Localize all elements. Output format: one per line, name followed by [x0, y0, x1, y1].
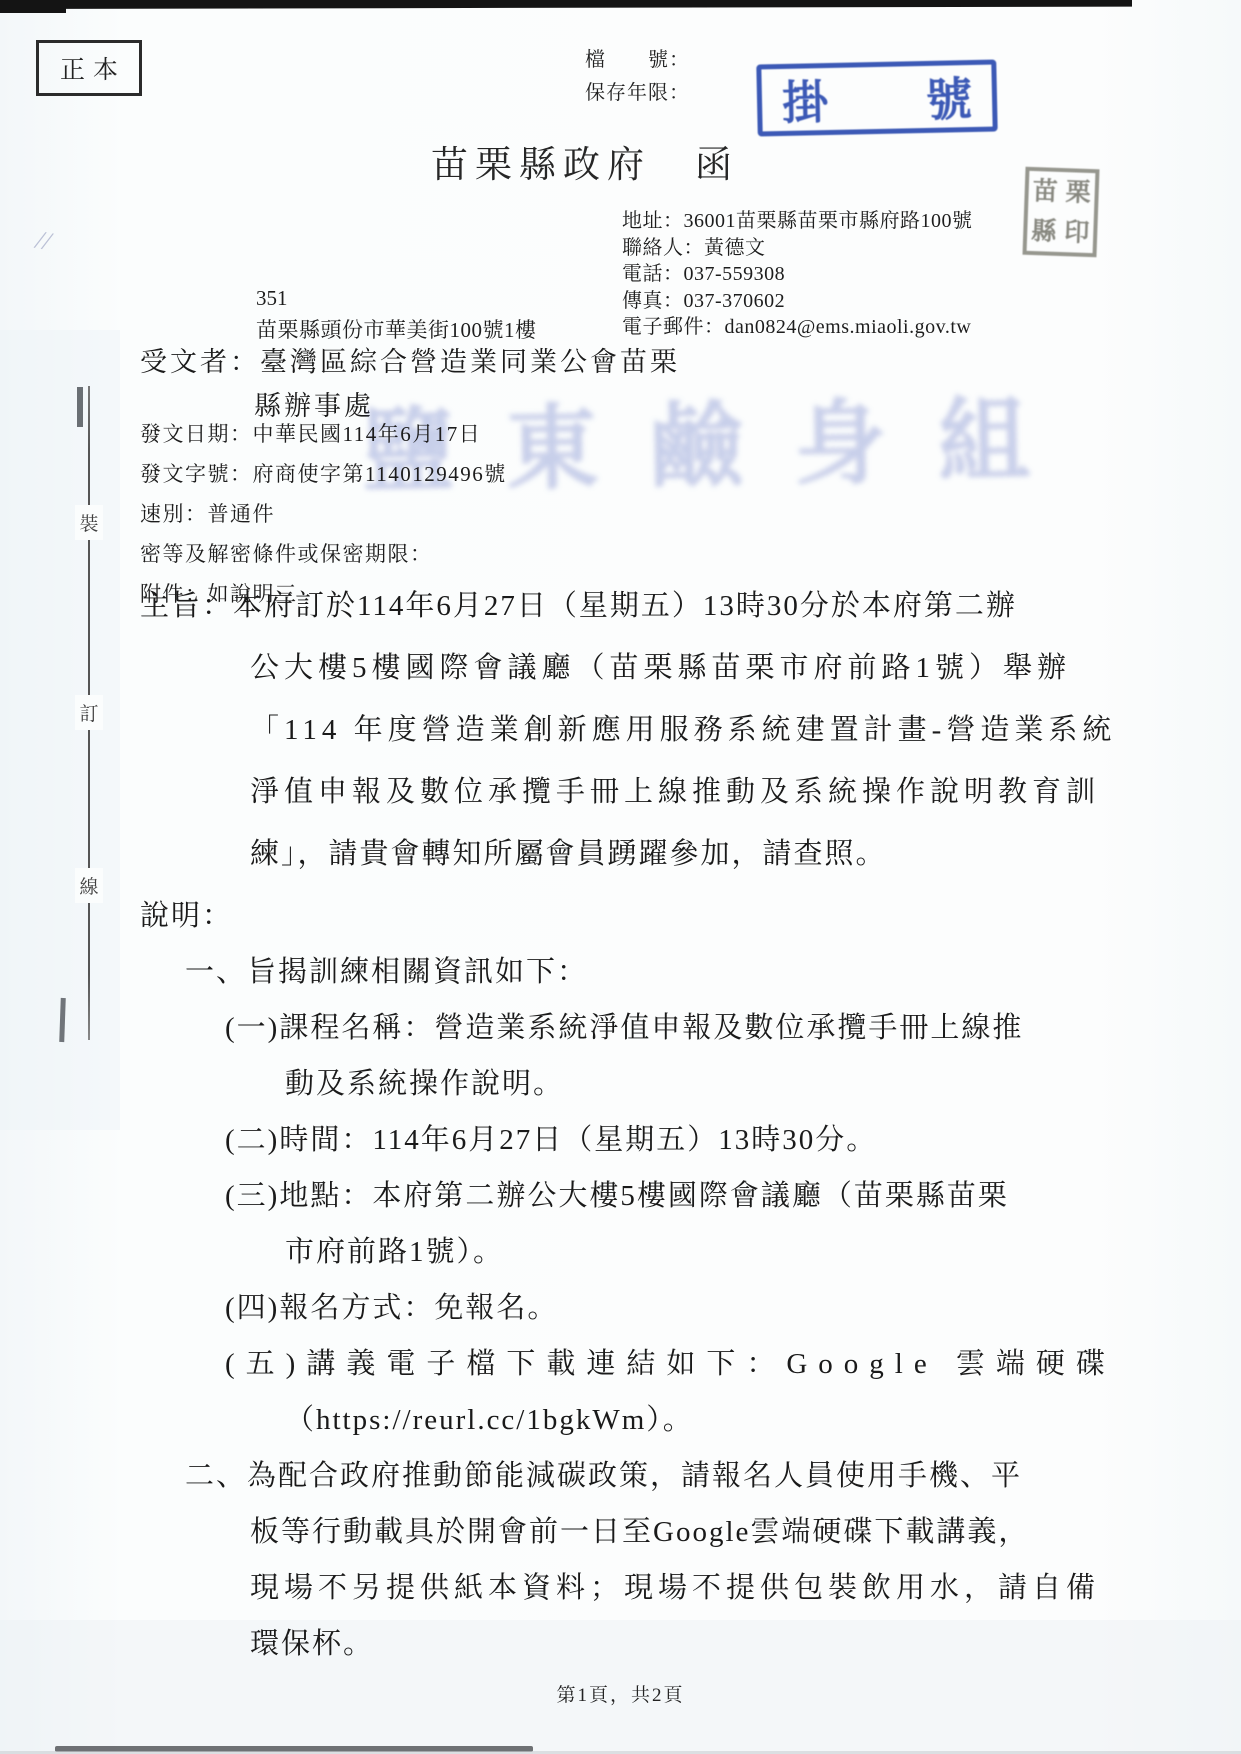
document-body-line: 現場不另提供紙本資料；現場不提供包裝飲用水，請自備 [0, 1565, 1241, 1621]
agency-seal-char: 縣 [1031, 218, 1057, 244]
document-meta-line: 發文字號：府商使字第1140129496號 [140, 454, 507, 494]
retention-period-label: 保存年限： [585, 77, 690, 110]
document-body-line: 環保杯。 [0, 1621, 1241, 1677]
agency-seal-char: 印 [1064, 220, 1090, 246]
document-body-line: (三)地點：本府第二辦公大樓5樓國際會議廳（苗栗縣苗栗 [0, 1173, 1241, 1229]
page-number-footer: 第1頁，共2頁 [0, 1680, 1241, 1707]
binding-mark-ding: 訂 [75, 695, 103, 730]
file-number-block: 檔 號： 保存年限： [585, 44, 690, 110]
file-number-label: 檔 號： [585, 44, 690, 77]
document-meta-line: 發文日期：中華民國114年6月17日 [140, 414, 507, 454]
document-body-line: (四)報名方式：免報名。 [0, 1285, 1241, 1341]
document-meta-line: 速別：普通件 [140, 494, 507, 534]
document-body: 主旨：本府訂於114年6月27日（星期五）13時30分於本府第二辦公大樓5樓國際… [0, 583, 1241, 1677]
recipient-postal-code: 351 [256, 286, 288, 311]
agency-seal-char: 苗 [1032, 179, 1058, 205]
document-body-line: （https://reurl.cc/1bgkWm）。 [0, 1397, 1241, 1453]
contact-info-line: 地址：36001苗栗縣苗栗市縣府路100號 [622, 208, 973, 235]
registered-stamp-char-left: 掛 [781, 66, 828, 133]
document-body-line: 市府前路1號）。 [0, 1229, 1241, 1285]
document-body-line: 板等行動載具於開會前一日至Google雲端硬碟下載講義， [0, 1509, 1241, 1565]
contact-info-line: 傳真：037-370602 [622, 288, 973, 315]
document-body-line: 公大樓5樓國際會議廳（苗栗縣苗栗市府前路1號）舉辦 [0, 645, 1241, 707]
document-body-line: 主旨：本府訂於114年6月27日（星期五）13時30分於本府第二辦 [0, 583, 1241, 645]
contact-info-line: 電話：037-559308 [622, 261, 973, 288]
document-body-line: 說明： [0, 893, 1241, 949]
document-body-line: 「114 年度營造業創新應用服務系統建置計畫-營造業系統 [0, 707, 1241, 769]
document-body-line: 動及系統操作說明。 [0, 1061, 1241, 1117]
agency-seal-char: 栗 [1065, 180, 1091, 206]
contact-info-line: 電子郵件：dan0824@ems.miaoli.gov.tw [622, 314, 973, 341]
binding-mark-xian: 線 [75, 868, 103, 903]
document-body-line: 一、旨揭訓練相關資訊如下： [0, 949, 1241, 1005]
document-body-line: 淨值申報及數位承攬手冊上線推動及系統操作說明教育訓 [0, 769, 1241, 831]
document-body-line: (二)時間：114年6月27日（星期五）13時30分。 [0, 1117, 1241, 1173]
scanner-edge-top [0, 0, 1132, 9]
stray-pen-mark: // [34, 225, 53, 257]
original-copy-label: 正本 [52, 50, 126, 86]
document-body-line: (一)課程名稱：營造業系統淨值申報及數位承攬手冊上線推 [0, 1005, 1241, 1061]
scanner-edge-top-corner [0, 0, 66, 13]
original-copy-box: 正本 [36, 40, 142, 96]
document-title: 苗栗縣政府 函 [335, 134, 835, 188]
binding-mark-zhuang: 裝 [75, 505, 103, 540]
registered-stamp-char-right: 號 [925, 63, 972, 130]
scanned-official-letter-page: 正本 檔 號： 保存年限： 掛 號 苗栗縣政府 函 苗栗縣印 地址：36001苗… [0, 0, 1241, 1754]
agency-seal: 苗栗縣印 [1022, 167, 1099, 258]
recipient-line: 受文者：臺灣區綜合營造業同業公會苗栗 [140, 340, 680, 379]
registered-mail-stamp: 掛 號 [756, 59, 997, 136]
binding-margin-dash-top [77, 387, 83, 427]
contact-info-line: 聯絡人：黃德文 [622, 235, 973, 262]
document-meta-line: 密等及解密條件或保密期限： [140, 534, 507, 574]
document-body-line: (五)講義電子檔下載連結如下：Google 雲端硬碟 [0, 1341, 1241, 1397]
document-body-line: 練」，請貴會轉知所屬會員踴躍參加，請查照。 [0, 831, 1241, 893]
contact-info-block: 地址：36001苗栗縣苗栗市縣府路100號聯絡人：黃德文電話：037-55930… [622, 208, 973, 341]
document-body-line: 二、為配合政府推動節能減碳政策，請報名人員使用手機、平 [0, 1453, 1241, 1509]
